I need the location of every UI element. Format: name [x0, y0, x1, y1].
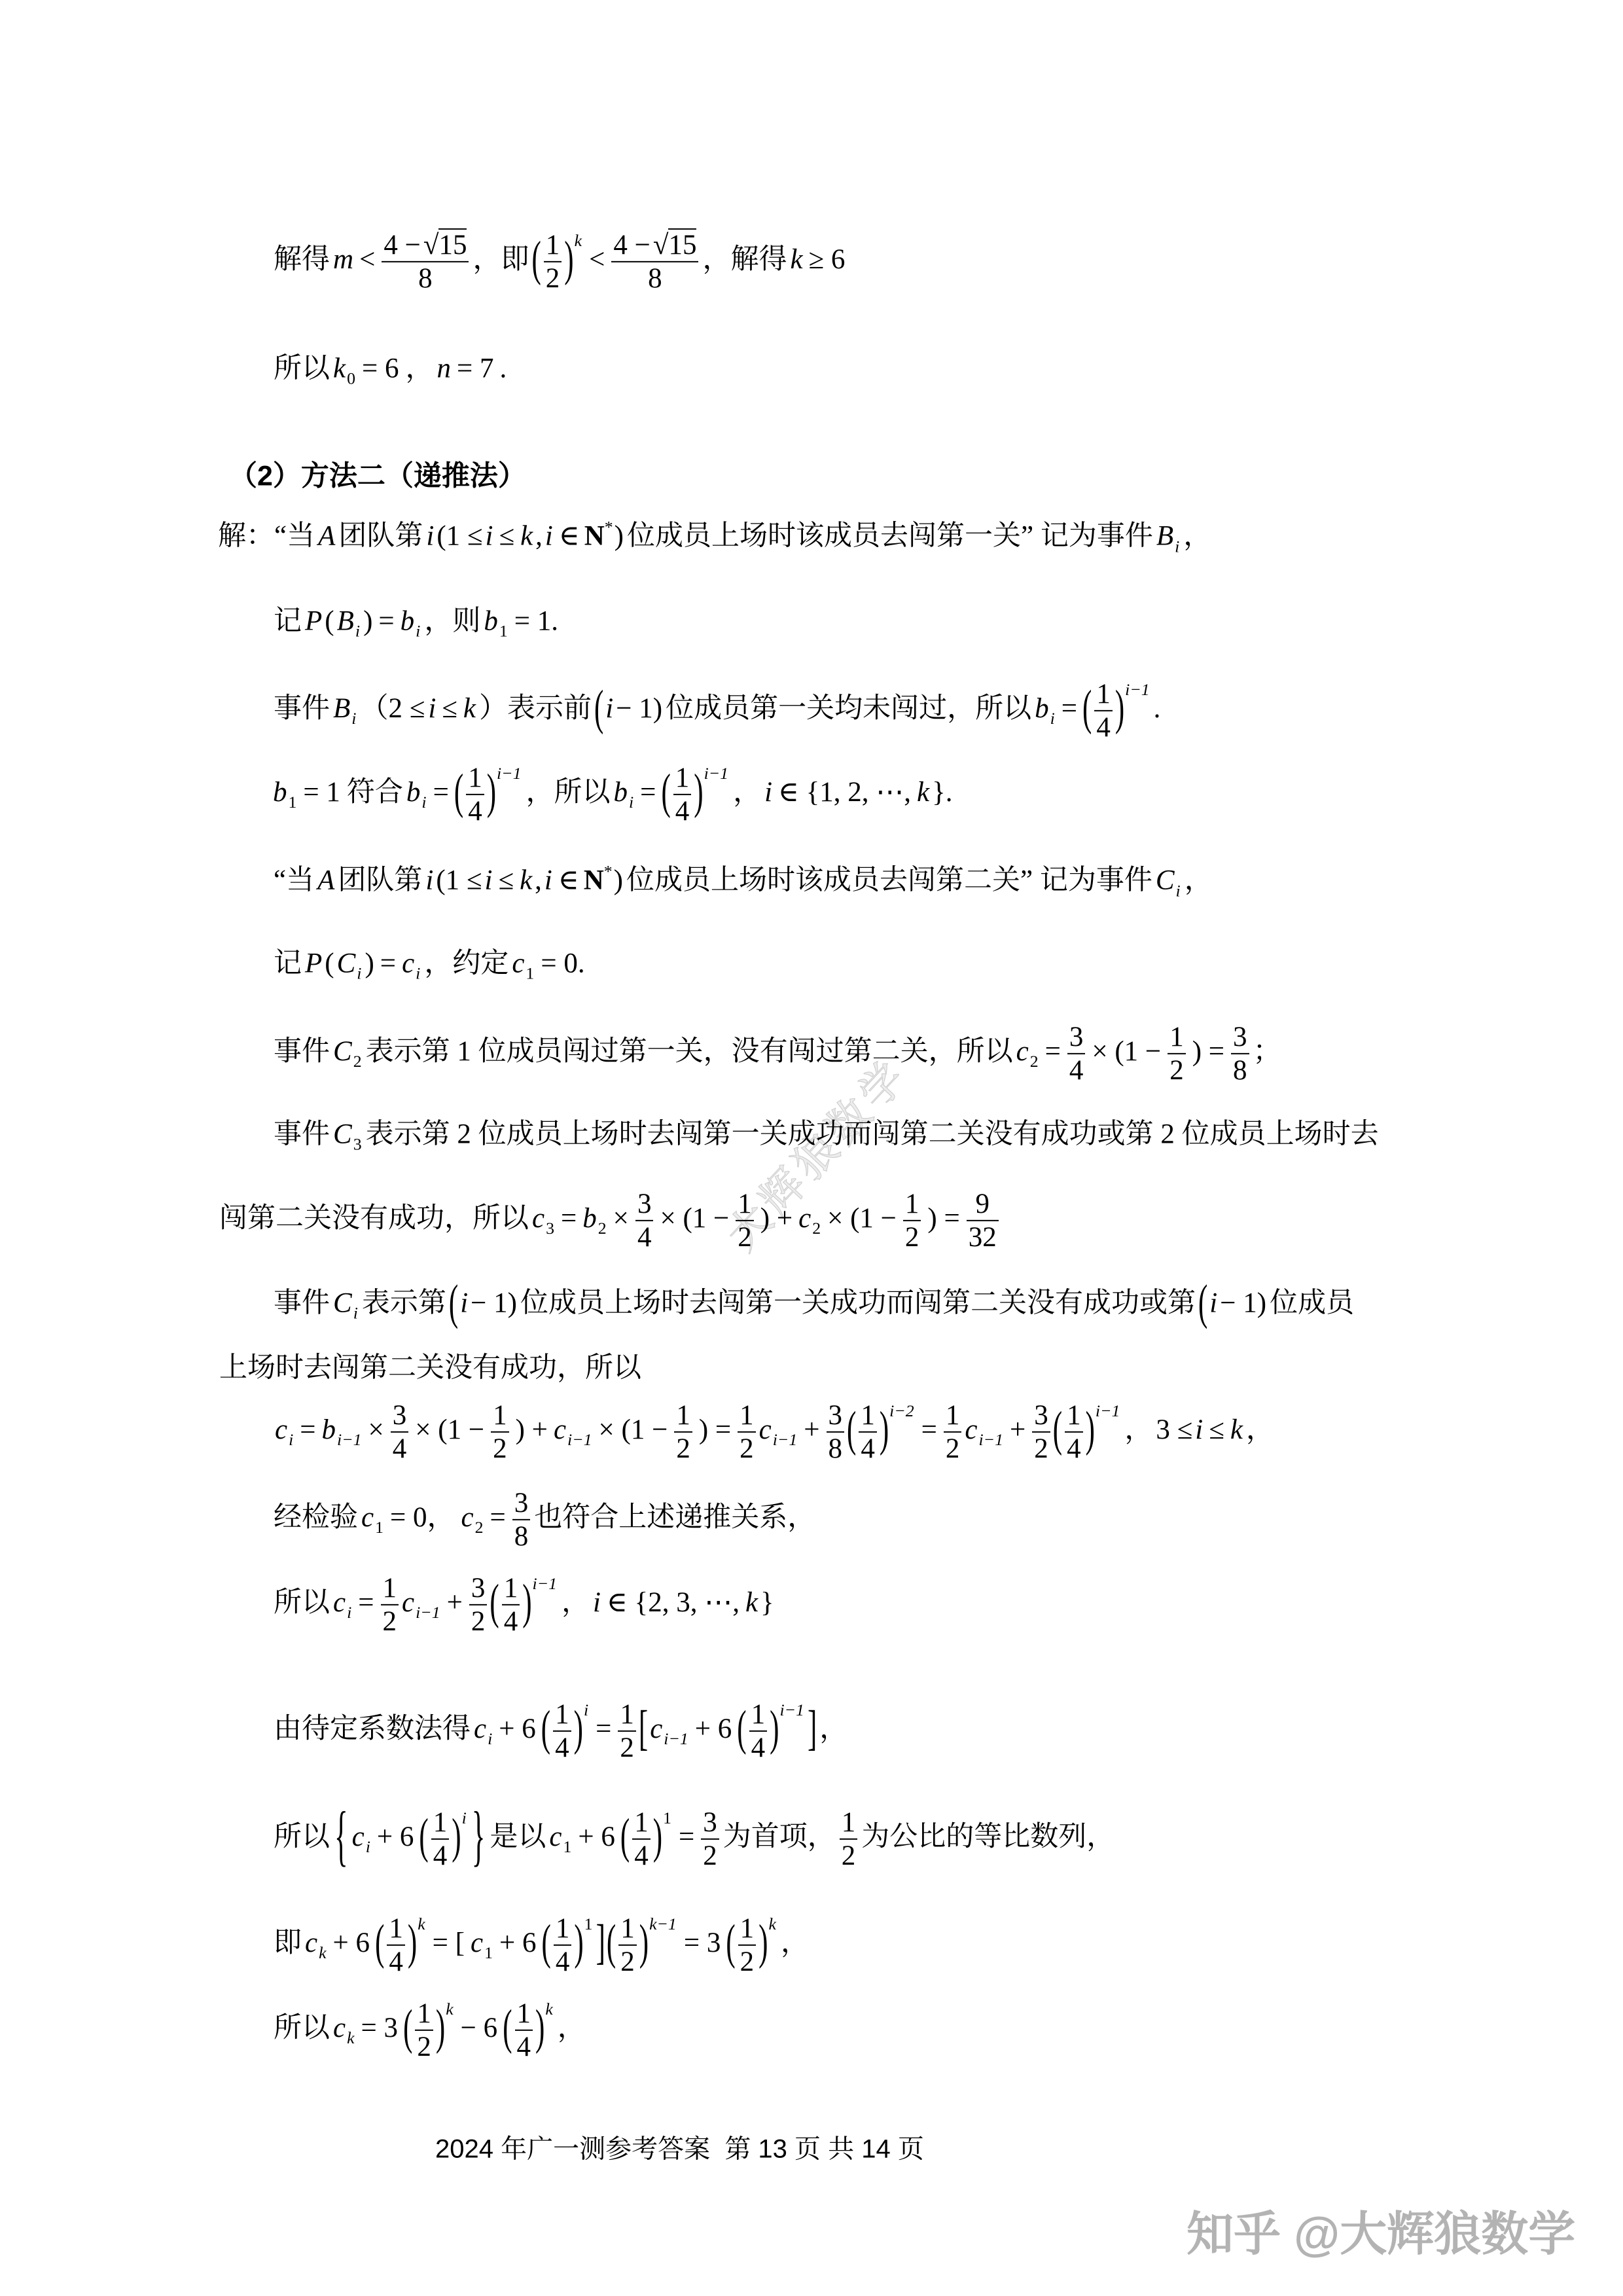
text-run: ，	[562, 1587, 590, 1618]
math-variable: c	[759, 1414, 772, 1445]
fraction-numerator: 1	[554, 1914, 572, 1946]
text-run: ，则	[424, 606, 480, 637]
text-run: （2 ≤	[360, 693, 425, 724]
math-operator: = 0，	[390, 1502, 455, 1533]
math-variable: c	[965, 1414, 977, 1445]
math-variable: i	[485, 865, 493, 896]
subscript: 3	[353, 1135, 362, 1154]
text-run: 事件	[274, 1036, 330, 1067]
fraction-denominator: 4	[749, 1732, 768, 1763]
solution-line-10: 事件C3表示第 2 位成员上场时去闯第一关成功而闯第二关没有成功或第 2 位成员…	[272, 1119, 1381, 1155]
subscript: 2	[812, 1219, 821, 1238]
text-run: 解得	[274, 244, 330, 275]
fraction: 12	[674, 1401, 692, 1463]
paren: (	[531, 231, 541, 288]
exponent: k	[769, 1914, 776, 1933]
fraction-numerator: 1	[749, 1700, 768, 1732]
paren: )	[770, 1700, 779, 1757]
exponent: i−1	[533, 1574, 557, 1593]
paren: (	[419, 1808, 428, 1865]
math-variable: i	[428, 693, 436, 724]
subscript: i−1	[416, 1603, 440, 1622]
math-operator: ∈ {1, 2, ⋯,	[778, 777, 911, 808]
text-run: 所以	[274, 353, 330, 384]
paren: (	[594, 680, 603, 737]
paren: (	[490, 1574, 499, 1631]
math-variable: k	[463, 693, 476, 724]
fraction-denominator: 2	[1168, 1054, 1186, 1085]
subscript: 1	[375, 1518, 383, 1537]
fraction-denominator: 2	[738, 1946, 757, 1977]
math-variable: i	[460, 1288, 468, 1319]
math-variable: i	[486, 521, 493, 552]
text-run: “当	[274, 865, 314, 896]
math-variable: B	[337, 606, 354, 637]
text-run: 表示第 1 位成员闯过第一关，没有闯过第二关，所以	[366, 1036, 1013, 1067]
math-operator: =	[380, 948, 396, 979]
paren: )	[436, 2000, 445, 2056]
fraction-denominator: 2	[736, 1221, 754, 1252]
fraction-numerator: 1	[736, 1189, 754, 1221]
text-run: 表示第 2 位成员上场时去闯第一关成功而闯第二关没有成功或第 2 位成员上场时去	[366, 1119, 1379, 1150]
subscript: i	[347, 1603, 351, 1622]
paren: (	[1082, 680, 1092, 737]
math-operator: + 6	[695, 1713, 732, 1744]
paren: )	[880, 1401, 889, 1458]
set-symbol: N	[584, 865, 604, 896]
subscript: i	[355, 622, 360, 641]
math-operator: + 6	[499, 1713, 536, 1744]
math-operator: ×	[368, 1414, 384, 1445]
solution-line-6: b1= 1符合bi=(14)i−1，所以bi=(14)i−1，i∈ {1, 2,…	[272, 763, 954, 826]
math-operator: =	[433, 777, 449, 808]
exponent: i	[462, 1808, 467, 1827]
fraction-numerator: 1	[618, 1700, 636, 1732]
fraction: 14	[387, 1914, 405, 1977]
math-variable: c	[532, 1203, 544, 1234]
math-operator: × (1 −	[415, 1414, 484, 1445]
fraction: 4 −√158	[382, 230, 469, 293]
math-operator: ∈	[559, 521, 580, 552]
math-variable: i	[605, 693, 613, 724]
math-variable: c	[361, 1502, 374, 1533]
math-punctuation: )	[365, 948, 374, 979]
fraction-denominator: 4	[1065, 1433, 1083, 1463]
fraction-numerator: 1	[840, 1808, 858, 1840]
fraction-numerator: 1	[381, 1573, 399, 1605]
fraction: 14	[859, 1401, 877, 1463]
paren: )	[574, 1700, 583, 1757]
math-operator: =	[679, 1821, 694, 1852]
text-run: ，	[733, 777, 761, 808]
math-variable: c	[512, 948, 524, 979]
subscript: i	[1175, 537, 1179, 556]
superscript: *	[604, 861, 613, 880]
solution-line-11: 闯第二关没有成功，所以c3=b2×34× (1 −12) +c2× (1 −12…	[217, 1189, 1001, 1252]
text-run: ，	[558, 2013, 586, 2043]
math-operator: <	[359, 244, 375, 275]
paren: (	[661, 764, 670, 821]
paren: (	[737, 1700, 746, 1757]
math-variable: B	[333, 693, 350, 724]
fraction-denominator: 4	[1094, 711, 1113, 742]
fraction: 12	[840, 1808, 858, 1871]
solution-line-5: 事件Bi（2 ≤i≤k）表示前(i− 1)位成员第一关均未闯过，所以bi=(14…	[272, 679, 1162, 742]
solution-line-16: 所以ci=12ci−1+32(14)i−1，i∈ {2, 3, ⋯,k}	[272, 1573, 776, 1636]
fraction: 14	[1094, 679, 1113, 742]
exponent: k	[418, 1914, 425, 1933]
math-variable: i	[1195, 1414, 1203, 1445]
fraction-numerator: 1	[415, 1999, 433, 2031]
fraction-denominator: 8	[512, 1520, 531, 1551]
math-operator: ≤	[442, 693, 457, 724]
fraction-numerator: 1	[859, 1401, 877, 1433]
fraction-denominator: 2	[618, 1732, 636, 1763]
math-variable: c	[275, 1414, 287, 1445]
math-punctuation: ,	[535, 865, 542, 896]
fraction: 32	[701, 1808, 719, 1871]
subscript: i−1	[567, 1430, 592, 1449]
math-variable: b	[484, 606, 498, 637]
exponent: i−1	[497, 764, 521, 783]
subscript: i−1	[337, 1430, 361, 1449]
paren: )	[1115, 680, 1124, 737]
fraction-numerator: 1	[387, 1914, 405, 1946]
fraction: 34	[635, 1189, 654, 1252]
fraction-denominator: 2	[701, 1840, 719, 1871]
fraction: 12	[738, 1401, 756, 1463]
paren: (	[454, 764, 463, 821]
math-variable: P	[305, 606, 322, 637]
paren: )	[564, 231, 573, 288]
fraction-denominator: 2	[840, 1840, 858, 1871]
exponent: k−1	[649, 1914, 677, 1933]
math-variable: A	[317, 865, 334, 896]
fraction-numerator: 1	[515, 1999, 533, 2031]
fraction: 14	[554, 1914, 572, 1977]
subscript: i	[416, 964, 420, 983]
math-operator: × (1 −	[660, 1203, 729, 1234]
fraction: 12	[738, 1914, 757, 1977]
fraction: 14	[749, 1700, 768, 1763]
text-run: 为公比的等比数列，	[861, 1821, 1115, 1852]
subscript: 1	[526, 964, 534, 983]
fraction-denominator: 2	[674, 1433, 692, 1463]
fraction: 12	[381, 1573, 399, 1636]
fraction-numerator: 3	[512, 1488, 531, 1520]
fraction: 12	[944, 1401, 962, 1463]
solution-line-17: 由待定系数法得ci+ 6(14)i=12[ci−1+ 6(14)i−1]，	[272, 1700, 849, 1763]
paren: )	[1086, 1401, 1095, 1458]
text-run: 即	[274, 1928, 302, 1958]
math-number: − 1)	[471, 1288, 517, 1319]
fraction: 14	[1065, 1401, 1083, 1463]
fraction: 12	[618, 1700, 636, 1763]
text-run: 所以	[274, 2013, 330, 2043]
fraction-numerator: 1	[553, 1700, 571, 1732]
brace: }	[472, 1798, 486, 1876]
fraction-denominator: 4	[673, 795, 692, 826]
text-run: ，	[1246, 1414, 1274, 1445]
fraction-numerator: 1	[1094, 679, 1113, 711]
text-run: ，	[1124, 1414, 1152, 1445]
exponent: k	[545, 2000, 552, 2018]
paren: )	[408, 1914, 417, 1971]
math-variable: C	[333, 1119, 352, 1150]
math-punctuation: }.	[932, 777, 952, 808]
text-run: 记	[274, 948, 302, 979]
fraction: 38	[1231, 1022, 1249, 1085]
math-punctuation: (	[325, 606, 334, 637]
math-variable: c	[333, 1587, 346, 1618]
fraction: 38	[827, 1401, 845, 1463]
math-operator: = 0.	[541, 948, 584, 979]
math-operator: ) =	[927, 1203, 959, 1234]
math-operator: <	[589, 244, 605, 275]
fraction: 4 −√158	[611, 230, 698, 293]
fraction-denominator: 4	[391, 1433, 409, 1463]
solution-line-7: “当A团队第i(1 ≤i≤k,i∈N*)位成员上场时该成员去闯第二关” 记为事件…	[272, 861, 1215, 900]
math-punctuation: .	[500, 353, 507, 384]
text-run: 所以	[274, 1821, 330, 1852]
fraction-denominator: 4	[553, 1732, 571, 1763]
fraction: 14	[553, 1700, 571, 1763]
math-operator: = 1	[303, 777, 340, 808]
math-operator: ) +	[760, 1203, 793, 1234]
subscript: i	[488, 1729, 492, 1748]
math-variable: i	[764, 777, 772, 808]
math-operator: =	[640, 777, 656, 808]
math-punctuation: (	[325, 948, 334, 979]
paren: )	[694, 764, 703, 821]
zhihu-watermark: 知乎 @大辉狼数学	[1186, 2196, 1575, 2264]
math-variable: k	[745, 1587, 758, 1618]
fraction-denominator: 2	[738, 1433, 756, 1463]
bracket: [	[639, 1700, 648, 1757]
fraction-denominator: 4	[431, 1840, 450, 1871]
fraction: 32	[1032, 1401, 1050, 1463]
solution-line-13: 上场时去闯第二关没有成功，所以	[217, 1352, 643, 1384]
math-variable: k	[1230, 1414, 1243, 1445]
text-run: 解：“当	[218, 521, 315, 552]
solution-line-14: ci=bi−1×34× (1 −12) +ci−1× (1 −12) =12ci…	[274, 1401, 1276, 1463]
subscript: 2	[598, 1219, 607, 1238]
text-run: 事件	[274, 1288, 330, 1319]
radicand: 15	[438, 228, 467, 260]
fraction: 34	[391, 1401, 409, 1463]
subscript: 2	[1030, 1052, 1039, 1071]
fraction-numerator: 3	[827, 1401, 845, 1433]
fraction-denominator: 4	[466, 795, 484, 826]
subscript: 3	[546, 1219, 554, 1238]
math-punctuation: )	[614, 865, 623, 896]
math-variable: b	[401, 606, 415, 637]
math-variable: k	[520, 521, 533, 552]
fraction-numerator: 1	[1065, 1401, 1083, 1433]
solution-line-4: 记P(Bi)=bi，则b1= 1.	[272, 605, 563, 641]
page-footer: 2024 年广一测参考答案 第 13 页 共 14 页	[435, 2128, 924, 2166]
numerator-text: 4 −	[613, 230, 651, 260]
fraction-numerator: 1	[491, 1401, 509, 1433]
paren: )	[574, 1914, 583, 1971]
subscript: i	[416, 622, 420, 641]
bracket: ]	[596, 1914, 605, 1971]
fraction-denominator: 4	[502, 1605, 520, 1636]
subscript: 1	[289, 793, 297, 812]
math-variable: c	[402, 1587, 414, 1618]
math-operator: +	[804, 1414, 819, 1445]
text-run: 事件	[274, 693, 330, 724]
math-operator: = 6	[362, 353, 399, 384]
math-operator: = [	[433, 1928, 465, 1958]
fraction-denominator: 8	[827, 1433, 845, 1463]
fraction: 14	[502, 1573, 520, 1636]
fraction: 932	[967, 1189, 999, 1252]
math-operator: − 6	[461, 2013, 498, 2043]
paren: (	[726, 1914, 735, 1971]
math-variable: i	[545, 521, 553, 552]
subscript: k	[347, 2028, 354, 2047]
text-run: ）表示前	[479, 693, 592, 724]
solution-line-20: 所以ck= 3(12)k− 6(14)k，	[272, 1999, 588, 2062]
subscript: 1	[484, 1943, 493, 1962]
document-page: 大辉狼数学 解得m<4 −√158，即(12)k<4 −√158，解得k≥ 6 …	[0, 0, 1623, 2296]
text-run: 位成员上场时该成员去闯第二关” 记为事件	[626, 865, 1152, 896]
paren: (	[449, 1275, 458, 1332]
exponent: k	[575, 231, 582, 250]
fraction-numerator: 3	[469, 1573, 488, 1605]
math-operator: ) =	[1192, 1036, 1224, 1067]
math-operator: × (1 −	[827, 1203, 897, 1234]
math-operator: ∈	[558, 865, 579, 896]
solution-line-12: 事件Ci表示第(i− 1)位成员上场时去闯第一关成功而闯第二关没有成功或第(i−…	[272, 1287, 1356, 1323]
subscript: i	[1176, 881, 1181, 900]
paren: (	[541, 1700, 550, 1757]
exponent: i−1	[704, 764, 728, 783]
math-number: (1 ≤	[437, 521, 482, 552]
fraction-denominator: 2	[903, 1221, 921, 1252]
math-number: − 1)	[616, 693, 662, 724]
solution-line-18: 所以{ci+ 6(14)i}是以c1+ 6(14)1=32为首项，12为公比的等…	[272, 1808, 1116, 1871]
math-variable: i	[1209, 1288, 1217, 1319]
fraction-numerator: 1	[944, 1401, 962, 1433]
math-operator: ) +	[516, 1414, 548, 1445]
subscript: i	[353, 1304, 358, 1323]
fraction-denominator: 4	[635, 1221, 654, 1252]
text-run: 团队第	[338, 521, 423, 552]
fraction-numerator: 4 −√15	[611, 230, 698, 262]
fraction: 34	[1067, 1022, 1086, 1085]
paren: (	[503, 2000, 512, 2056]
text-run: 位成员第一关均未闯过，所以	[666, 693, 1031, 724]
fraction-numerator: 3	[391, 1401, 409, 1433]
math-operator: ≤	[498, 865, 514, 896]
subscript: i	[357, 964, 361, 983]
math-number: 3 ≤	[1156, 1414, 1192, 1445]
subscript: 0	[347, 369, 355, 388]
paren: )	[639, 1914, 649, 1971]
fraction-numerator: 3	[1032, 1401, 1050, 1433]
paren: (	[607, 1914, 616, 1971]
text-run: ，	[819, 1713, 847, 1744]
fraction-denominator: 2	[544, 262, 562, 293]
fraction-numerator: 3	[701, 1808, 719, 1840]
fraction-denominator: 2	[618, 1946, 637, 1977]
math-variable: m	[333, 244, 353, 275]
math-operator: ×	[613, 1203, 629, 1234]
paren: (	[403, 2000, 412, 2056]
math-punctuation: ,	[535, 521, 543, 552]
math-variable: i	[593, 1587, 601, 1618]
math-variable: c	[352, 1821, 365, 1852]
exponent: 1	[584, 1914, 593, 1933]
subscript: i	[629, 793, 633, 812]
fraction-numerator: 1	[903, 1189, 921, 1221]
exponent: k	[446, 2000, 453, 2018]
math-variable: b	[582, 1203, 597, 1234]
math-variable: c	[333, 2013, 346, 2043]
solution-line-1: 解得m<4 −√158，即(12)k<4 −√158，解得k≥ 6	[272, 230, 849, 293]
math-variable: k	[333, 353, 346, 384]
math-operator: =	[921, 1414, 937, 1445]
fraction-denominator: 4	[554, 1946, 572, 1977]
fraction-denominator: 2	[415, 2031, 433, 2062]
fraction-numerator: 4 −√15	[382, 230, 469, 262]
exponent: i−1	[779, 1700, 804, 1719]
math-variable: b	[1035, 693, 1049, 724]
text-run: ，	[781, 1928, 809, 1958]
text-run: ，即	[473, 244, 529, 275]
text-run: 记	[274, 606, 302, 637]
math-operator: = 1.	[514, 606, 558, 637]
math-variable: b	[322, 1414, 336, 1445]
math-punctuation: )	[363, 606, 372, 637]
paren: (	[1053, 1401, 1062, 1458]
math-operator: =	[378, 606, 394, 637]
section-heading: （2）方法二（递推法）	[229, 454, 526, 494]
solution-line-2: 所以k0= 6，n= 7.	[272, 353, 508, 389]
fraction: 12	[903, 1189, 921, 1252]
fraction-numerator: 1	[502, 1573, 520, 1605]
math-operator: ≥ 6	[809, 244, 846, 275]
math-operator: × (1 −	[1092, 1036, 1161, 1067]
math-operator: =	[1045, 1036, 1061, 1067]
math-variable: c	[549, 1821, 562, 1852]
math-operator: =	[1061, 693, 1077, 724]
text-run: 也符合上述递推关系，	[534, 1502, 815, 1533]
fraction-denominator: 2	[381, 1605, 399, 1636]
math-variable: A	[318, 521, 335, 552]
math-operator: ) =	[699, 1414, 731, 1445]
fraction-numerator: 1	[674, 1401, 692, 1433]
math-variable: C	[337, 948, 356, 979]
fraction-denominator: 4	[632, 1840, 651, 1871]
subscript: 2	[353, 1052, 362, 1071]
text-run: 事件	[274, 1119, 330, 1150]
fraction-denominator: 2	[491, 1433, 509, 1463]
subscript: i	[366, 1837, 370, 1856]
math-variable: k	[790, 244, 802, 275]
math-variable: c	[650, 1713, 662, 1744]
solution-line-3: 解：“当A团队第i(1 ≤i≤k,i∈N*)位成员上场时该成员去闯第一关” 记为…	[216, 517, 1213, 556]
fraction-numerator: 3	[1231, 1022, 1249, 1054]
fraction: 14	[673, 763, 692, 826]
superscript: *	[605, 517, 613, 536]
math-operator: =	[300, 1414, 315, 1445]
radicand: 15	[668, 228, 696, 260]
fraction-denominator: 2	[1032, 1433, 1050, 1463]
subscript: i	[1050, 709, 1055, 728]
